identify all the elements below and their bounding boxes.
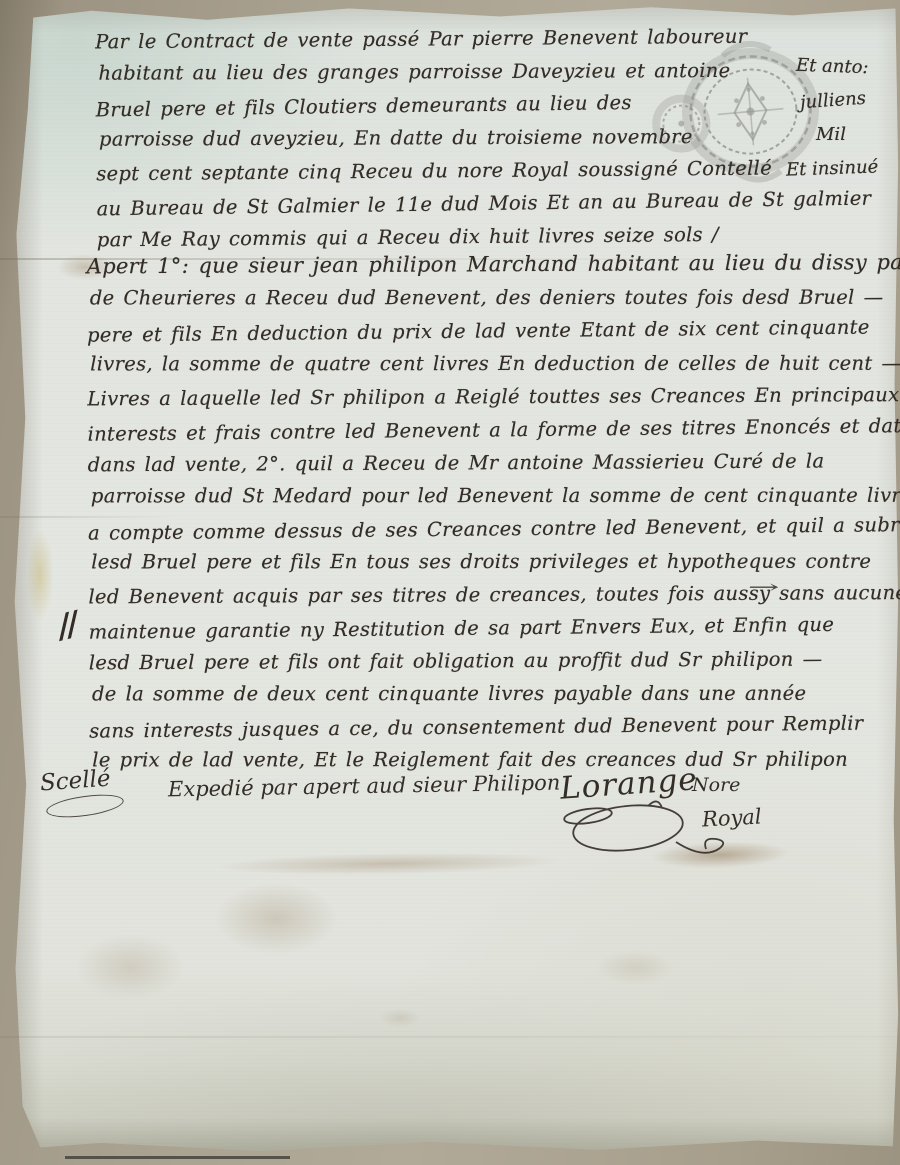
manuscript-line: livres, la somme de quatre cent livres E… (90, 347, 900, 381)
signature-paraph-flourish-icon (558, 798, 738, 868)
manuscript-line: parroisse dud St Medard pour led Beneven… (91, 479, 900, 513)
manuscript-line: de la somme de deux cent cinquante livre… (92, 677, 900, 711)
manuscript-line: lesd Bruel pere et fils En tous ses droi… (91, 545, 900, 579)
sealed-annotation: Scellé (39, 766, 111, 797)
manuscript-line: a compte comme dessus de ses Creances co… (88, 507, 900, 549)
margin-note: Et insinué (786, 156, 879, 180)
manuscript-paragraph-1: Par le Contract de vente passé Par pierr… (95, 19, 872, 257)
manuscript-line: sans interests jusques a ce, du consente… (89, 705, 900, 747)
scan-bottom-edge-mark (65, 1156, 290, 1159)
manuscript-line: Apert 1°: que sieur jean philipon Marcha… (87, 246, 900, 284)
manuscript-paragraph-2: Apert 1°: que sieur jean philipon Marcha… (87, 246, 900, 779)
manuscript-line: parroisse dud aveyzieu, En datte du troi… (99, 119, 874, 155)
manuscript-line: de Cheurieres a Receu dud Benevent, des … (90, 281, 900, 315)
margin-note: Et anto: (796, 55, 869, 79)
scan-mat-bottom-band (0, 1143, 900, 1165)
correction-arrow-mark: → (748, 577, 780, 598)
manuscript-line: Par le Contract de vente passé Par pierr… (95, 19, 870, 59)
signature-title-notaire: Nore (692, 774, 740, 796)
manuscript-line: pere et fils En deduction du prix de lad… (87, 309, 900, 351)
margin-note: Mil (816, 124, 846, 145)
